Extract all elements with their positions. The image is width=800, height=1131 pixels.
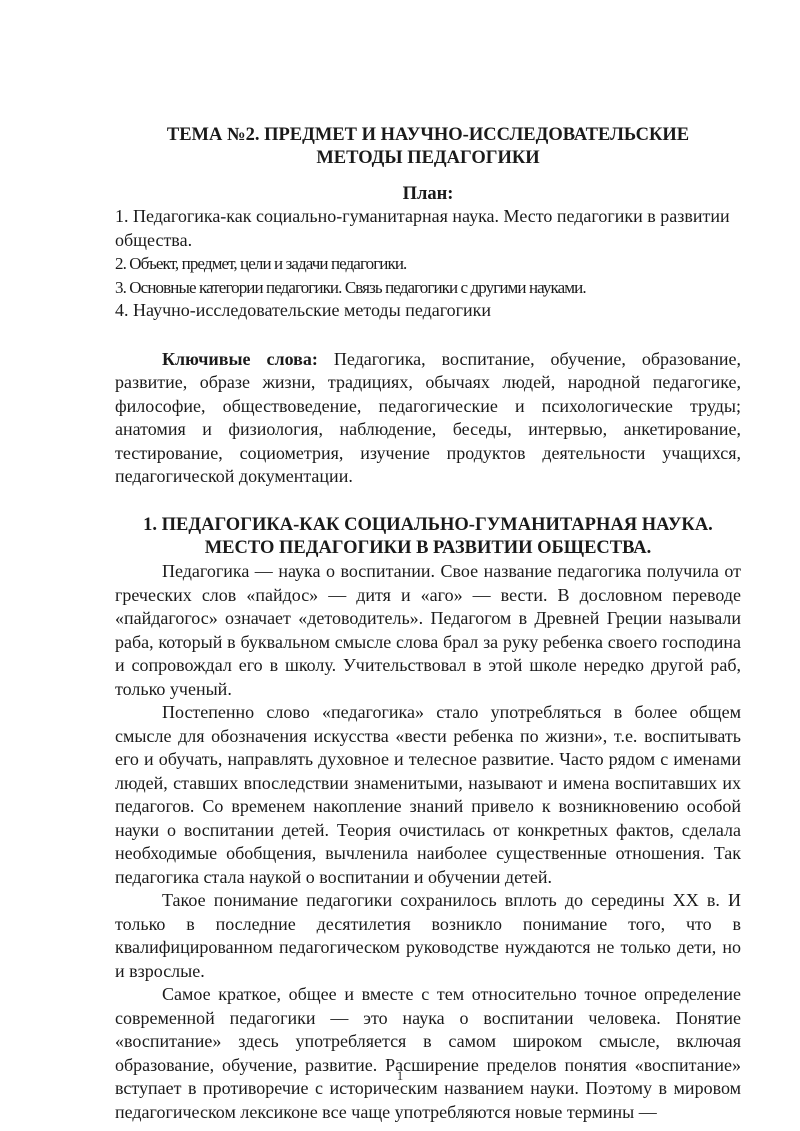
section-title-line-1: 1. ПЕДАГОГИКА-КАК СОЦИАЛЬНО-ГУМАНИТАРНАЯ… [143, 515, 713, 535]
body-paragraph: Педагогика — наука о воспитании. Свое на… [115, 560, 741, 701]
plan-list: 1. Педагогика-как социально-гуманитарная… [115, 205, 741, 323]
keywords-text: Педагогика, воспитание, обучение, образо… [115, 349, 741, 487]
topic-title-line-1: ТЕМА №2. ПРЕДМЕТ И НАУЧНО-ИССЛЕДОВАТЕЛЬС… [167, 125, 689, 145]
section-title-line-2: МЕСТО ПЕДАГОГИКИ В РАЗВИТИИ ОБЩЕСТВА. [205, 538, 652, 558]
document-page: ТЕМА №2. ПРЕДМЕТ И НАУЧНО-ИССЛЕДОВАТЕЛЬС… [115, 124, 741, 1124]
topic-title: ТЕМА №2. ПРЕДМЕТ И НАУЧНО-ИССЛЕДОВАТЕЛЬС… [115, 124, 741, 170]
body-paragraph: Такое понимание педагогики сохранилось в… [115, 889, 741, 983]
topic-title-line-2: МЕТОДЫ ПЕДАГОГИКИ [316, 148, 539, 168]
plan-heading: План: [115, 183, 741, 205]
body-paragraph: Самое краткое, общее и вместе с тем отно… [115, 983, 741, 1124]
keywords-label: Ключивые слова: [162, 349, 318, 369]
plan-item: 2. Объект, предмет, цели и задачи педаго… [115, 252, 741, 276]
body-paragraph: Постепенно слово «педагогика» стало упот… [115, 701, 741, 889]
plan-item: 3. Основные категории педагогики. Связь … [115, 276, 741, 300]
keywords-paragraph: Ключивые слова: Педагогика, воспитание, … [115, 348, 741, 490]
plan-item: 4. Научно-исследовательские методы педаг… [115, 299, 741, 323]
section-title: 1. ПЕДАГОГИКА-КАК СОЦИАЛЬНО-ГУМАНИТАРНАЯ… [115, 514, 741, 560]
plan-item: 1. Педагогика-как социально-гуманитарная… [115, 205, 741, 252]
page-number: 1 [0, 1068, 800, 1084]
